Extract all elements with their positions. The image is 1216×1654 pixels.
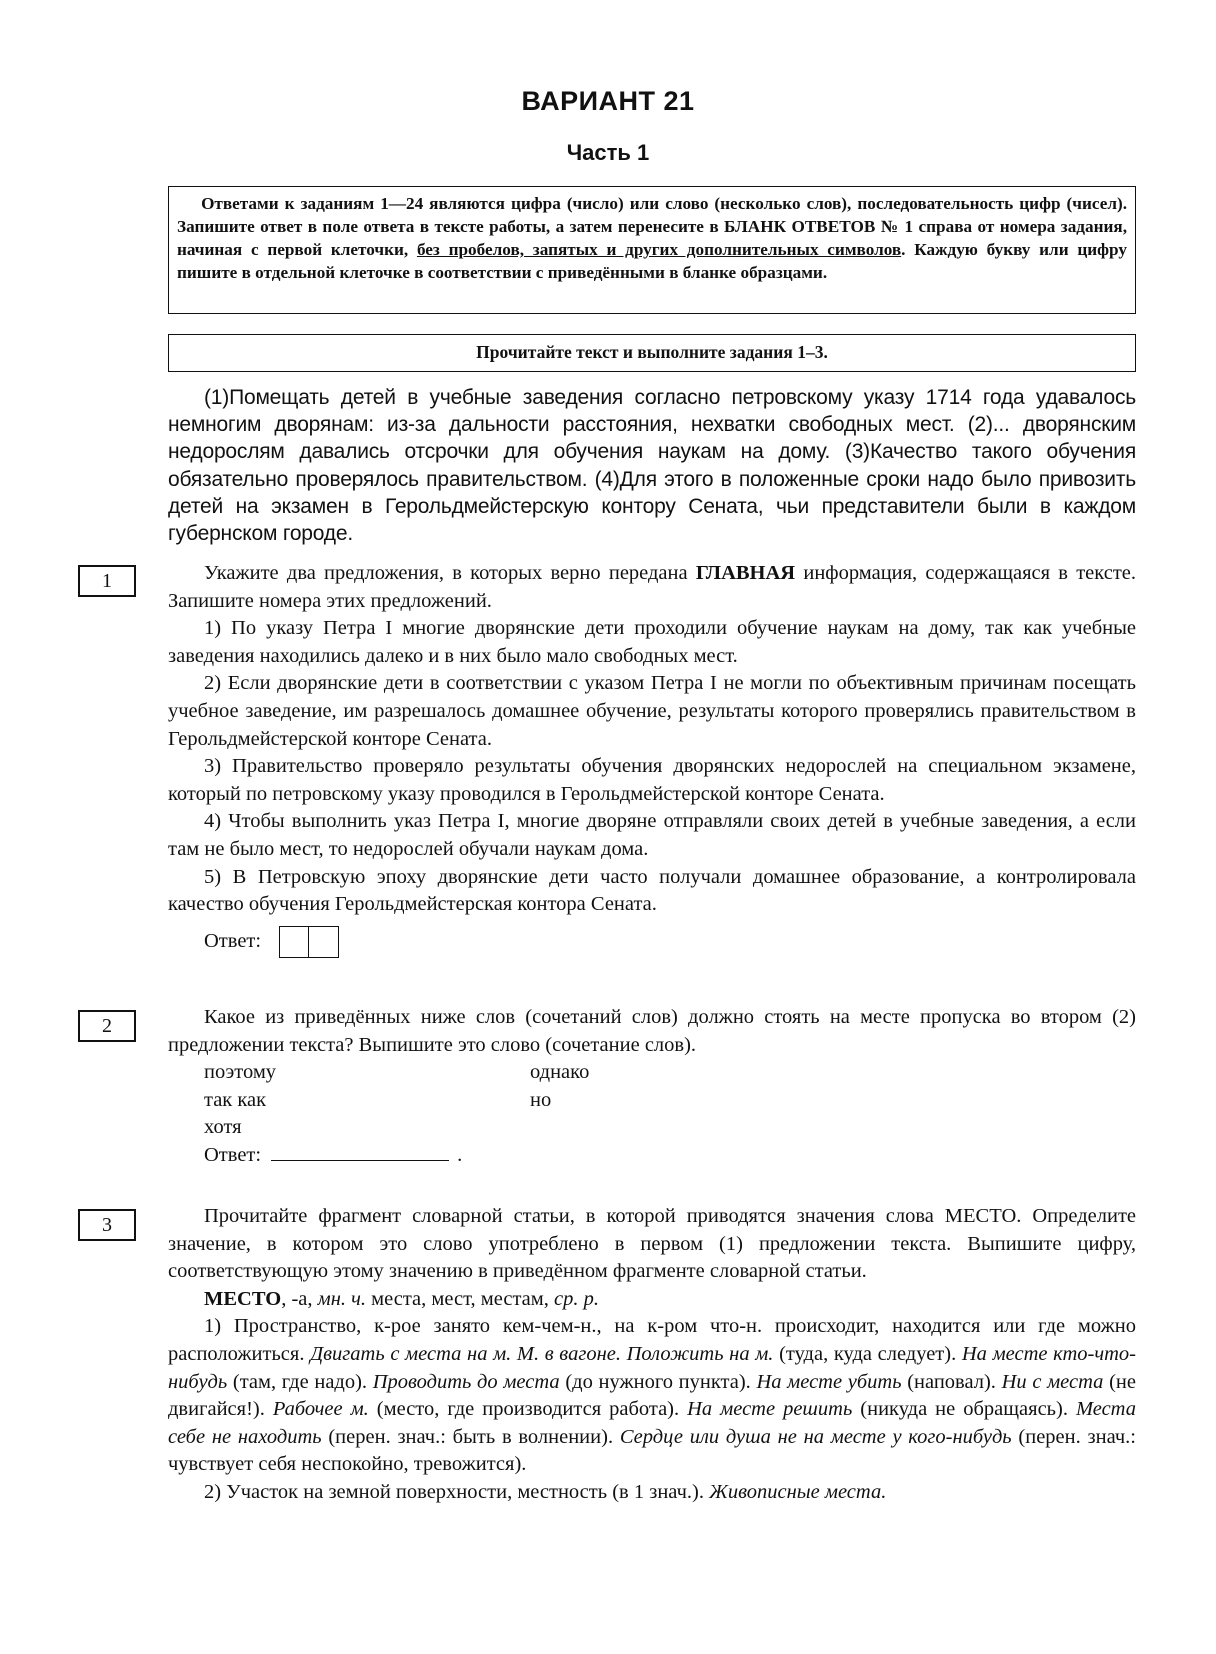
word-option: поэтому <box>204 1059 530 1087</box>
read-prompt: Прочитайте текст и выполните задания 1–3… <box>476 342 828 362</box>
meaning-example: Живописные места. <box>709 1481 886 1503</box>
task-2-answer: Ответ:. <box>168 1142 1136 1170</box>
entry-grammar-italic: ср. р. <box>554 1288 599 1310</box>
meaning-example: На месте убить <box>756 1371 901 1393</box>
word-option: так как <box>204 1087 530 1115</box>
instructions-underlined: без пробелов, запятых и других дополните… <box>417 240 901 259</box>
task-1-option: 1) По указу Петра I многие дворянские де… <box>168 615 1136 670</box>
task-1-option: 3) Правительство проверяло результаты об… <box>168 753 1136 808</box>
answer-line-input[interactable] <box>271 1144 449 1161</box>
task-1-option: 4) Чтобы выполнить указ Петра I, многие … <box>168 808 1136 863</box>
task-1-option: 2) Если дворянские дети в соответствии с… <box>168 670 1136 753</box>
word-option: хотя <box>204 1114 530 1142</box>
meaning-example: Рабочее м. <box>273 1398 369 1420</box>
task-1-prompt-text: Укажите два предложения, в которых верно… <box>204 562 696 584</box>
dictionary-entry-head: МЕСТО, -а, мн. ч. места, мест, местам, с… <box>168 1286 1136 1314</box>
entry-grammar-italic: мн. ч. <box>318 1288 366 1310</box>
meaning-example: Проводить до места <box>373 1371 560 1393</box>
answer-period: . <box>457 1144 462 1166</box>
meaning-text: 2) Участок на земной поверхности, местно… <box>204 1481 709 1503</box>
meaning-text: (наповал). <box>902 1371 1002 1393</box>
answer-label: Ответ: <box>204 928 261 956</box>
meaning-text: (перен. знач.: быть в волнении). <box>322 1426 620 1448</box>
meaning-text: (никуда не обращаясь). <box>852 1398 1076 1420</box>
task-number-2: 2 <box>78 1010 136 1042</box>
task-3: Прочитайте фрагмент словарной статьи, в … <box>168 1203 1136 1507</box>
word-option: но <box>530 1087 830 1115</box>
passage-text: (1)Помещать детей в учебные заведения со… <box>168 384 1136 547</box>
entry-grammar: , -а, <box>281 1288 317 1310</box>
entry-grammar: места, мест, местам, <box>366 1288 554 1310</box>
task-1-prompt-bold: ГЛАВНАЯ <box>696 562 795 584</box>
meaning-example: Ни с места <box>1002 1371 1104 1393</box>
entry-word: МЕСТО <box>204 1288 281 1310</box>
task-2-prompt: Какое из приведённых ниже слов (сочетани… <box>168 1004 1136 1059</box>
task-2-word-options: поэтому однако так как но хотя <box>168 1059 1136 1142</box>
word-option: однако <box>530 1059 830 1087</box>
task-number-3: 3 <box>78 1209 136 1241</box>
task-1-answer: Ответ: <box>168 923 1136 961</box>
part-title: Часть 1 <box>0 140 1216 166</box>
meaning-text: (туда, куда следует). <box>773 1343 961 1365</box>
task-1: Укажите два предложения, в которых верно… <box>168 560 1136 961</box>
answer-label: Ответ: <box>204 1144 261 1166</box>
meaning-example: Сердце или душа не на месте у кого-нибуд… <box>620 1426 1012 1448</box>
answer-cell-1[interactable] <box>279 926 309 958</box>
task-3-prompt: Прочитайте фрагмент словарной статьи, в … <box>168 1203 1136 1286</box>
reading-passage: (1)Помещать детей в учебные заведения со… <box>168 384 1136 547</box>
meaning-example: Двигать с места на м. М. в вагоне. Полож… <box>310 1343 773 1365</box>
task-2: Какое из приведённых ниже слов (сочетани… <box>168 1004 1136 1170</box>
answer-cell-2[interactable] <box>309 926 339 958</box>
task-1-prompt: Укажите два предложения, в которых верно… <box>168 560 1136 615</box>
meaning-text: (место, где производится работа). <box>369 1398 687 1420</box>
meaning-text: (до нужного пункта). <box>560 1371 757 1393</box>
read-prompt-box: Прочитайте текст и выполните задания 1–3… <box>168 334 1136 372</box>
task-1-option: 5) В Петровскую эпоху дворянские дети ча… <box>168 864 1136 919</box>
dictionary-meaning-2: 2) Участок на земной поверхности, местно… <box>168 1479 1136 1507</box>
instructions-box: Ответами к заданиям 1—24 являются цифра … <box>168 186 1136 314</box>
meaning-example: На месте решить <box>687 1398 852 1420</box>
meaning-text: (там, где надо). <box>227 1371 373 1393</box>
task-number-1: 1 <box>78 565 136 597</box>
dictionary-meaning-1: 1) Пространство, к-рое занято кем-чем-н.… <box>168 1313 1136 1479</box>
variant-title: ВАРИАНТ 21 <box>0 86 1216 117</box>
